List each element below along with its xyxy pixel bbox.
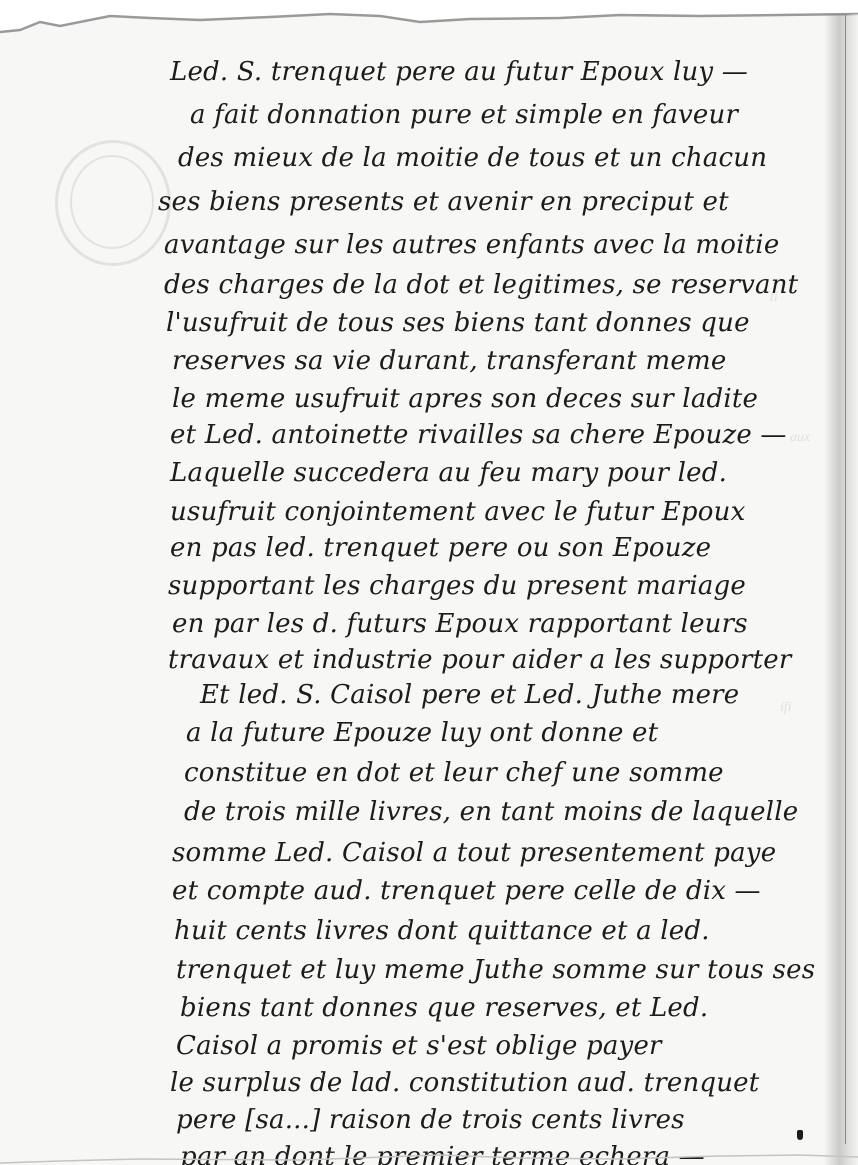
text-line: en pas led. trenquet pere ou son Epouze xyxy=(170,533,711,563)
text-line: l'usufruit de tous ses biens tant donnes… xyxy=(166,308,750,338)
text-line: et compte aud. trenquet pere celle de di… xyxy=(172,876,761,906)
text-line: des mieux de la moitie de tous et un cha… xyxy=(178,143,767,173)
bleed-through-text: ifi xyxy=(780,700,792,716)
text-line: et Led. antoinette rivailles sa chere Ep… xyxy=(170,420,787,450)
text-line: biens tant donnes que reserves, et Led. xyxy=(180,993,708,1023)
text-line: de trois mille livres, en tant moins de … xyxy=(184,797,798,827)
text-line: trenquet et luy meme Juthe somme sur tou… xyxy=(176,955,815,985)
text-line: reserves sa vie durant, transferant meme xyxy=(172,346,726,376)
text-line: supportant les charges du present mariag… xyxy=(168,571,746,601)
right-edge-fold xyxy=(824,14,858,1165)
text-line: avantage sur les autres enfants avec la … xyxy=(164,230,779,260)
text-line: somme Led. Caisol a tout presentement pa… xyxy=(172,838,776,868)
text-line: le meme usufruit apres son deces sur lad… xyxy=(172,384,758,414)
text-line: usufruit conjointement avec le futur Epo… xyxy=(170,497,745,527)
text-line: Caisol a promis et s'est oblige payer xyxy=(176,1031,662,1061)
torn-bottom-edge xyxy=(0,1125,858,1165)
text-line: Led. S. trenquet pere au futur Epoux luy… xyxy=(170,57,748,87)
text-line: en par les d. futurs Epoux rapportant le… xyxy=(172,609,748,639)
text-line: travaux et industrie pour aider a les su… xyxy=(168,645,791,675)
text-line: des charges de la dot et legitimes, se r… xyxy=(164,270,798,300)
text-line: a la future Epouze luy ont donne et xyxy=(186,718,658,748)
torn-top-edge xyxy=(0,0,858,40)
right-edge-line xyxy=(845,14,846,1144)
text-line: ses biens presents et avenir en preciput… xyxy=(158,187,729,217)
text-line: a fait donnation pure et simple en faveu… xyxy=(190,100,738,130)
text-line: Et led. S. Caisol pere et Led. Juthe mer… xyxy=(200,680,739,710)
text-line: constitue en dot et leur chef une somme xyxy=(184,758,724,788)
text-line: le surplus de lad. constitution aud. tre… xyxy=(170,1068,759,1098)
text-line: Laquelle succedera au feu mary pour led. xyxy=(170,458,727,488)
seal-bleed-through-inner xyxy=(70,155,154,249)
bleed-through-text: aux xyxy=(790,430,810,446)
text-line: huit cents livres dont quittance et a le… xyxy=(174,916,710,946)
manuscript-page: ti aux ifi Led. S. trenquet pere au futu… xyxy=(0,0,858,1165)
